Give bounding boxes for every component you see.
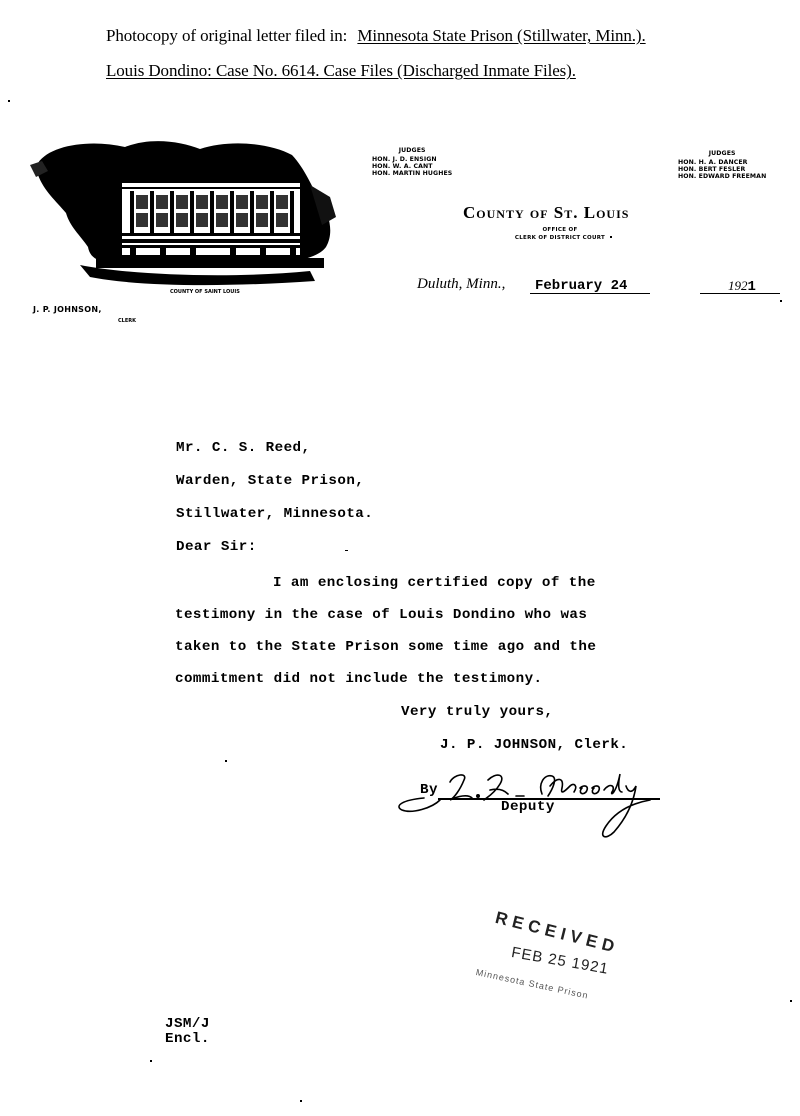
archive-header-line-2: Louis Dondino: Case No. 6614. Case Files… (106, 61, 576, 81)
dateline-place: Duluth, Minn., (417, 276, 505, 292)
dateline-year-wrap: 1921 (728, 278, 756, 295)
office-of-line: OFFICE OF (480, 227, 640, 233)
judge-name: HON. W. A. CANT (372, 163, 452, 170)
judges-left-block: JUDGES HON. J. D. ENSIGN HON. W. A. CANT… (372, 147, 452, 177)
clerk-of-court-line: CLERK OF DISTRICT COURT (480, 235, 640, 241)
address-line: Stillwater, Minnesota. (176, 506, 373, 522)
building-caption: COUNTY OF SAINT LOUIS (170, 289, 240, 295)
dateline: Duluth, Minn., (417, 276, 505, 293)
judges-left-title: JUDGES (372, 147, 452, 154)
signature-icon: J. A. Moody (392, 766, 672, 846)
judge-name: HON. BERT FESLER (678, 166, 766, 173)
archive-collection-link[interactable]: Minnesota State Prison (Stillwater, Minn… (357, 26, 645, 45)
judges-right-title: JUDGES (678, 150, 766, 157)
scan-speck (790, 1000, 792, 1002)
signatory: J. P. JOHNSON, Clerk. (440, 737, 628, 753)
scan-speck (345, 550, 348, 551)
handwritten-signature: J. A. Moody (392, 766, 672, 846)
judge-name: HON. EDWARD FREEMAN (678, 173, 766, 180)
dateline-month-day-wrap: February 24 (535, 277, 627, 294)
courthouse-engraving: COUNTY OF SAINT LOUIS (30, 135, 350, 295)
enclosure-note: Encl. (165, 1031, 210, 1047)
reference-initials: JSM/J (165, 1016, 210, 1032)
scan-speck (225, 760, 227, 762)
judges-right-block: JUDGES HON. H. A. DANCER HON. BERT FESLE… (678, 150, 766, 180)
body-line: taken to the State Prison some time ago … (175, 639, 596, 655)
scan-speck (150, 1060, 152, 1062)
received-stamp-institution: Minnesota State Prison (475, 967, 590, 1001)
body-line: I am enclosing certified copy of the (273, 575, 596, 591)
archive-header-line-1: Photocopy of original letter filed in: M… (106, 26, 646, 46)
judge-name: HON. H. A. DANCER (678, 159, 766, 166)
scan-speck (780, 300, 782, 302)
salutation: Dear Sir: (176, 539, 257, 555)
letterhead-clerk-title: CLERK (118, 318, 136, 324)
dateline-year-suffix: 1 (748, 279, 756, 295)
courthouse-illustration-icon: COUNTY OF SAINT LOUIS (30, 135, 350, 295)
dateline-month-day: February 24 (535, 278, 627, 294)
address-line: Warden, State Prison, (176, 473, 364, 489)
body-line: commitment did not include the testimony… (175, 671, 543, 687)
county-title: County of St. Louis (463, 203, 629, 223)
archive-case-link[interactable]: Louis Dondino: Case No. 6614. Case Files… (106, 61, 576, 80)
dateline-year-prefix: 192 (728, 278, 748, 293)
scan-speck (300, 1100, 302, 1102)
address-line: Mr. C. S. Reed, (176, 440, 310, 456)
body-line: testimony in the case of Louis Dondino w… (175, 607, 587, 623)
scan-speck (610, 236, 612, 238)
letterhead-clerk-name: J. P. JOHNSON, (33, 305, 102, 314)
closing: Very truly yours, (401, 704, 553, 720)
judge-name: HON. MARTIN HUGHES (372, 170, 452, 177)
archive-prefix: Photocopy of original letter filed in: (106, 26, 347, 45)
judge-name: HON. J. D. ENSIGN (372, 156, 452, 163)
scan-speck (8, 100, 10, 102)
